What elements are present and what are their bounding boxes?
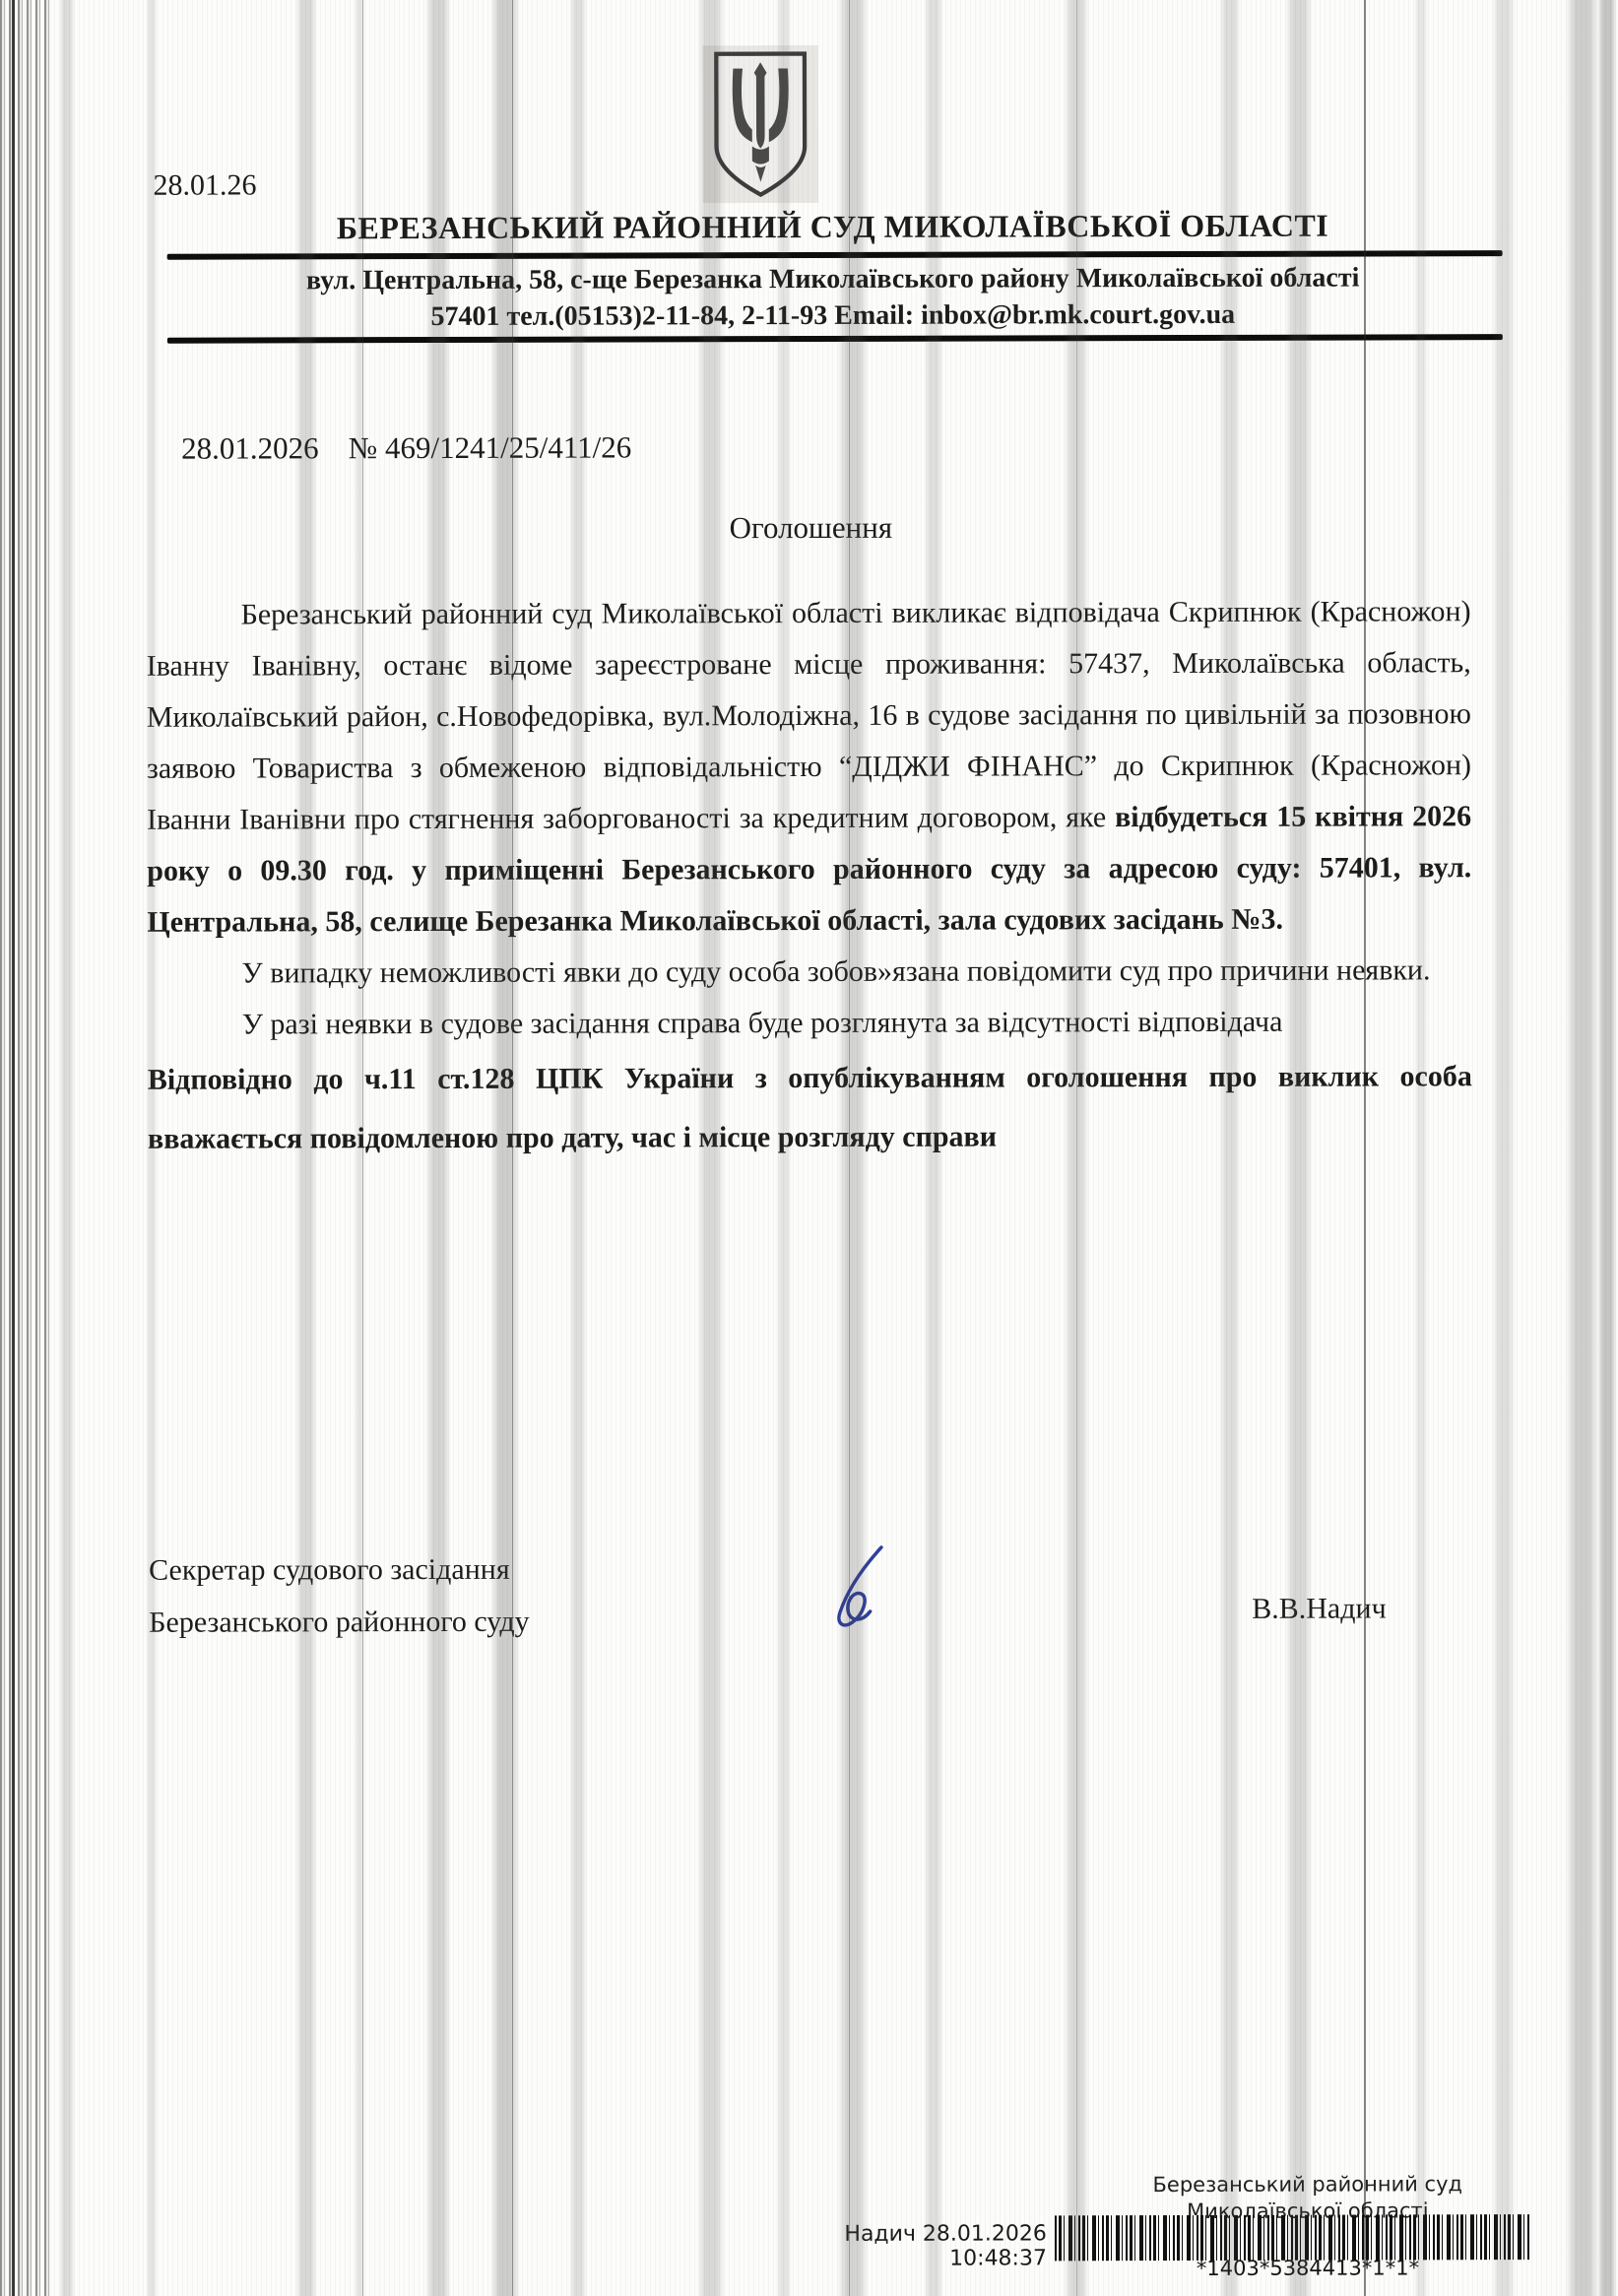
court-address-line: вул. Центральна, 58, с-ще Березанка Мико…	[163, 262, 1503, 297]
header-divider-bottom	[167, 334, 1503, 344]
court-name-header: БЕРЕЗАНСЬКИЙ РАЙОННИЙ СУД МИКОЛАЇВСЬКОЇ …	[163, 207, 1503, 247]
scanned-court-document: 28.01.26 БЕРЕЗАНСЬКИЙ РАЙОННИЙ СУД МИКОЛ…	[0, 0, 1618, 2296]
legal-basis-paragraph: Відповідно до ч.11 ст.128 ЦПК України з …	[148, 1047, 1472, 1169]
document-body: Березанський районний суд Миколаївської …	[147, 586, 1473, 1169]
absence-notice-paragraph: У випадку неможливості явки до суду особ…	[147, 945, 1471, 1000]
court-contact-line: 57401 тел.(05153)2-11-84, 2-11-93 Email:…	[163, 298, 1503, 334]
signature-role-block: Секретар судового засідання Березанськог…	[149, 1543, 530, 1649]
ukraine-trident-emblem	[702, 45, 818, 208]
summons-paragraph: Березанський районний суд Миколаївської …	[147, 586, 1472, 949]
document-title: Оголошення	[165, 508, 1456, 547]
signer-role-line2: Березанського районного суду	[149, 1596, 530, 1649]
barcode-number: *1403*5384413*1*1*	[1071, 2256, 1544, 2280]
signer-role-line1: Секретар судового засідання	[149, 1543, 530, 1597]
handwritten-signature-ink	[822, 1535, 898, 1647]
document-number-line: 28.01.2026№ 469/1241/25/411/26	[181, 429, 631, 466]
document-date: 28.01.2026	[181, 430, 319, 465]
header-divider-top	[167, 250, 1503, 260]
footer-stamp-court-line1: Березанський районний суд	[1071, 2171, 1544, 2198]
in-absentia-paragraph: У разі неявки в судове засідання справа …	[148, 996, 1472, 1051]
document-case-number: № 469/1241/25/411/26	[349, 429, 632, 465]
footer-registration-timestamp: Надич 28.01.2026 10:48:37	[751, 2221, 1047, 2271]
signer-name: В.В.Надич	[1252, 1592, 1386, 1625]
scan-date-note: 28.01.26	[153, 168, 256, 202]
code39-barcode	[1055, 2214, 1531, 2261]
